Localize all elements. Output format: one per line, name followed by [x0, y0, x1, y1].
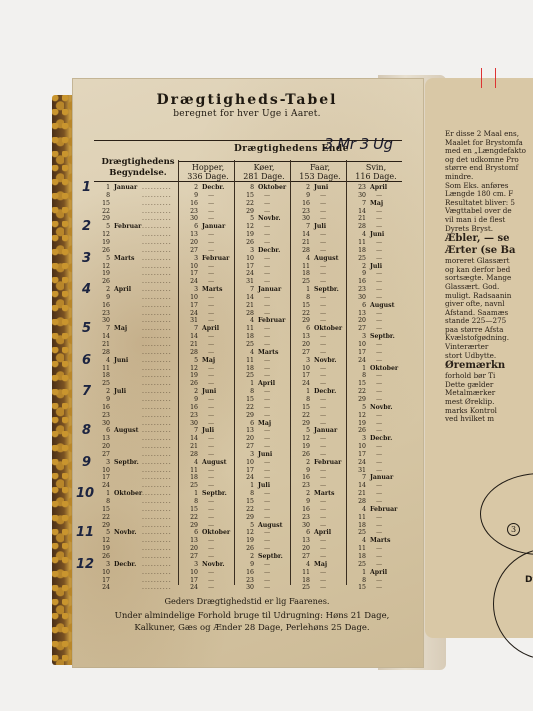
- cell-day: 24: [96, 584, 110, 591]
- ditto-mark: —: [376, 467, 383, 474]
- ditto-mark: —: [320, 372, 327, 379]
- cell-day: 13: [184, 537, 198, 544]
- ditto-mark: —: [208, 396, 215, 403]
- cell-day: 17: [352, 451, 366, 458]
- cell-day: 9: [240, 561, 254, 568]
- cell-day: 21: [352, 215, 366, 222]
- ditto-mark: —: [376, 522, 383, 529]
- header-start-label: Drægtighedens Begyndelse.: [98, 157, 178, 179]
- cell-month: Marts: [202, 286, 222, 293]
- cell-day: 26: [184, 380, 198, 387]
- ditto-mark: —: [320, 365, 327, 372]
- cell-day: 2: [184, 184, 198, 191]
- cell-day: 21: [240, 302, 254, 309]
- cell-day: 29: [240, 514, 254, 521]
- cell-month: April: [114, 286, 131, 293]
- ditto-mark: —: [264, 310, 271, 317]
- ditto-mark: —: [264, 372, 271, 379]
- cell-day: 10: [96, 467, 110, 474]
- ditto-mark: —: [264, 506, 271, 513]
- cell-day: 23: [96, 310, 110, 317]
- ditto-mark: —: [264, 231, 271, 238]
- cell-day: 12: [240, 529, 254, 536]
- cell-day: 18: [96, 372, 110, 379]
- text-line: ved hvilket m: [445, 415, 533, 424]
- cell-month: April: [314, 529, 331, 536]
- cell-day: 14: [184, 435, 198, 442]
- cell-day: 3: [184, 561, 198, 568]
- ditto-mark: —: [264, 537, 271, 544]
- cell-day: 20: [296, 341, 310, 348]
- cell-month: Oktober: [114, 490, 142, 497]
- right-page-text: Er disse 2 Maal ens,Maalet for Brystomfa…: [445, 130, 533, 424]
- cell-day: 14: [184, 333, 198, 340]
- cell-day: 6: [184, 529, 198, 536]
- ditto-mark: —: [208, 215, 215, 222]
- leader-dots: ..........: [142, 270, 172, 277]
- cell-day: 11: [296, 569, 310, 576]
- ditto-mark: —: [320, 349, 327, 356]
- cell-month: Septbr.: [370, 333, 395, 340]
- ditto-mark: —: [264, 357, 271, 364]
- footer-note-incubation: Under almindelige Forhold bruge til Udru…: [82, 610, 422, 634]
- leader-dots: ..........: [142, 435, 172, 442]
- ditto-mark: —: [264, 490, 271, 497]
- text-line: stort Udbytte.: [445, 352, 533, 361]
- cell-day: 13: [296, 333, 310, 340]
- cell-day: 30: [240, 584, 254, 591]
- cell-day: 28: [96, 349, 110, 356]
- section-heading: Æbler, — se: [445, 233, 533, 245]
- leader-dots: ..........: [142, 506, 172, 513]
- cell-day: 31: [240, 278, 254, 285]
- cell-month: Maj: [370, 200, 383, 207]
- cell-month: Juli: [114, 388, 126, 395]
- cell-day: 17: [184, 577, 198, 584]
- cell-day: 25: [240, 341, 254, 348]
- cell-day: 13: [296, 537, 310, 544]
- ditto-mark: —: [264, 474, 271, 481]
- cell-day: 5: [96, 529, 110, 536]
- ditto-mark: —: [376, 215, 383, 222]
- cell-day: 2: [352, 263, 366, 270]
- cell-day: 16: [96, 302, 110, 309]
- leader-dots: ..........: [142, 184, 172, 191]
- cell-day: 8: [96, 498, 110, 505]
- ditto-mark: —: [320, 420, 327, 427]
- cell-day: 8: [240, 184, 254, 191]
- cell-day: 1: [296, 286, 310, 293]
- cell-day: 11: [296, 263, 310, 270]
- cell-day: 2: [296, 459, 310, 466]
- cell-day: 3: [240, 247, 254, 254]
- cell-day: 11: [184, 467, 198, 474]
- cell-day: 16: [184, 200, 198, 207]
- cell-month: Septbr.: [258, 553, 283, 560]
- column-days: 116 Dage.: [350, 172, 402, 181]
- leader-dots: ..........: [142, 467, 172, 474]
- cell-day: 1: [96, 490, 110, 497]
- ditto-mark: —: [376, 514, 383, 521]
- cell-day: 22: [240, 200, 254, 207]
- cell-month: April: [370, 184, 387, 191]
- leader-dots: ..........: [142, 443, 172, 450]
- ditto-mark: —: [376, 380, 383, 387]
- leader-dots: ..........: [142, 545, 172, 552]
- column-animal: Køer,: [238, 163, 290, 172]
- ditto-mark: —: [320, 263, 327, 270]
- column-days: 153 Dage.: [294, 172, 346, 181]
- cell-day: 20: [96, 443, 110, 450]
- leader-dots: ..........: [142, 490, 172, 497]
- handwritten-month-number: 6: [82, 353, 91, 368]
- cell-day: 9: [296, 498, 310, 505]
- cell-day: 17: [296, 372, 310, 379]
- cell-day: 1: [352, 569, 366, 576]
- column-days: 281 Dage.: [238, 172, 290, 181]
- cell-day: 18: [352, 522, 366, 529]
- cell-month: Decbr.: [202, 184, 224, 191]
- ditto-mark: —: [264, 545, 271, 552]
- cell-day: 8: [296, 294, 310, 301]
- cell-day: 25: [352, 255, 366, 262]
- cell-day: 5: [352, 404, 366, 411]
- ditto-mark: —: [320, 404, 327, 411]
- cell-day: 3: [352, 435, 366, 442]
- ditto-mark: —: [264, 584, 271, 591]
- cell-day: 27: [352, 325, 366, 332]
- cell-day: 13: [240, 427, 254, 434]
- ditto-mark: —: [264, 223, 271, 230]
- cell-month: Januar: [314, 427, 337, 434]
- cell-day: 29: [240, 412, 254, 419]
- ditto-mark: —: [376, 239, 383, 246]
- cell-day: 12: [96, 231, 110, 238]
- cell-day: 8: [240, 388, 254, 395]
- cell-day: 10: [184, 569, 198, 576]
- cell-month: Juli: [370, 263, 382, 270]
- cell-day: 4: [240, 349, 254, 356]
- cell-day: 5: [184, 357, 198, 364]
- cell-day: 7: [184, 325, 198, 332]
- cell-day: 30: [296, 522, 310, 529]
- cell-day: 27: [184, 553, 198, 560]
- cell-day: 15: [240, 396, 254, 403]
- cell-day: 6: [352, 302, 366, 309]
- ditto-mark: —: [376, 553, 383, 560]
- leader-dots: ..........: [142, 325, 172, 332]
- cell-day: 15: [240, 498, 254, 505]
- ditto-mark: —: [320, 192, 327, 199]
- cell-day: 17: [240, 467, 254, 474]
- ditto-mark: —: [264, 514, 271, 521]
- cell-day: 20: [184, 545, 198, 552]
- cell-day: 2: [184, 388, 198, 395]
- cell-month: August: [202, 459, 226, 466]
- leader-dots: ..........: [142, 427, 172, 434]
- cell-day: 1: [240, 482, 254, 489]
- leader-dots: ..........: [142, 498, 172, 505]
- ditto-mark: —: [320, 584, 327, 591]
- leader-dots: ..........: [142, 302, 172, 309]
- ditto-mark: —: [208, 584, 215, 591]
- ditto-mark: —: [208, 420, 215, 427]
- cell-month: Februar: [314, 459, 341, 466]
- cell-day: 27: [240, 443, 254, 450]
- leader-dots: ..........: [142, 396, 172, 403]
- cell-month: Marts: [114, 255, 134, 262]
- ditto-mark: —: [264, 325, 271, 332]
- ditto-mark: —: [208, 263, 215, 270]
- footer-line: Under almindelige Forhold bruge til Udru…: [82, 610, 422, 622]
- ditto-mark: —: [376, 325, 383, 332]
- ditto-mark: —: [208, 365, 215, 372]
- leader-dots: ..........: [142, 420, 172, 427]
- ditto-mark: —: [264, 263, 271, 270]
- cell-day: 15: [184, 506, 198, 513]
- handwritten-month-number: 4: [82, 282, 91, 297]
- cell-day: 1: [240, 380, 254, 387]
- cell-day: 3: [184, 255, 198, 262]
- ditto-mark: —: [376, 459, 383, 466]
- handwritten-month-number: 9: [82, 455, 91, 470]
- ditto-mark: —: [376, 255, 383, 262]
- leader-dots: ..........: [142, 255, 172, 262]
- cell-day: 12: [352, 412, 366, 419]
- ditto-mark: —: [208, 435, 215, 442]
- ditto-mark: —: [208, 545, 215, 552]
- cell-day: 18: [184, 474, 198, 481]
- cell-day: 17: [96, 474, 110, 481]
- cell-month: Januar: [114, 184, 137, 191]
- cell-day: 30: [352, 294, 366, 301]
- ditto-mark: —: [264, 467, 271, 474]
- cell-day: 17: [184, 302, 198, 309]
- cell-day: 23: [352, 184, 366, 191]
- cell-month: Juli: [258, 482, 270, 489]
- leader-dots: ..........: [142, 317, 172, 324]
- ditto-mark: —: [208, 443, 215, 450]
- ditto-mark: —: [376, 529, 383, 536]
- cell-day: 29: [96, 522, 110, 529]
- cell-day: 2: [96, 388, 110, 395]
- cell-day: 19: [96, 545, 110, 552]
- ditto-mark: —: [208, 208, 215, 215]
- ditto-mark: —: [320, 278, 327, 285]
- cell-day: 9: [296, 192, 310, 199]
- leader-dots: ..........: [142, 514, 172, 521]
- cell-day: 29: [352, 396, 366, 403]
- cell-day: 9: [96, 396, 110, 403]
- cell-month: Novbr.: [202, 561, 225, 568]
- ditto-mark: —: [376, 208, 383, 215]
- ditto-mark: —: [264, 341, 271, 348]
- ditto-mark: —: [320, 467, 327, 474]
- cell-day: 9: [184, 396, 198, 403]
- cell-day: 25: [96, 380, 110, 387]
- figure-label: 3: [507, 523, 520, 536]
- column-header-koer: Køer, 281 Dage.: [238, 163, 290, 181]
- cell-day: 22: [96, 208, 110, 215]
- cell-day: 23: [184, 412, 198, 419]
- cell-day: 25: [352, 529, 366, 536]
- cell-day: 10: [352, 341, 366, 348]
- cell-day: 11: [352, 545, 366, 552]
- cell-month: Decbr.: [370, 435, 392, 442]
- ditto-mark: —: [208, 302, 215, 309]
- handwritten-month-number: 3: [82, 251, 91, 266]
- ditto-mark: —: [208, 506, 215, 513]
- cell-month: August: [314, 255, 338, 262]
- cell-day: 19: [240, 231, 254, 238]
- handwritten-note: 3 Mr 3 Ug: [324, 135, 393, 153]
- leader-dots: ..........: [142, 333, 172, 340]
- cell-day: 14: [352, 482, 366, 489]
- ditto-mark: —: [208, 569, 215, 576]
- cell-day: 11: [240, 325, 254, 332]
- column-days: 336 Dage.: [182, 172, 234, 181]
- leader-dots: ..........: [142, 553, 172, 560]
- cell-day: 22: [296, 310, 310, 317]
- cell-day: 21: [96, 341, 110, 348]
- cell-day: 19: [184, 372, 198, 379]
- cell-day: 25: [240, 372, 254, 379]
- ditto-mark: —: [376, 349, 383, 356]
- ditto-mark: —: [320, 474, 327, 481]
- ditto-mark: —: [320, 569, 327, 576]
- cell-day: 18: [352, 247, 366, 254]
- cell-day: 24: [96, 482, 110, 489]
- ditto-mark: —: [376, 270, 383, 277]
- handwritten-month-number: 1: [82, 180, 91, 195]
- cell-day: 3: [184, 286, 198, 293]
- cell-day: 15: [296, 404, 310, 411]
- cell-day: 6: [240, 420, 254, 427]
- cell-day: 24: [184, 310, 198, 317]
- cell-day: 18: [352, 553, 366, 560]
- cell-day: 29: [184, 522, 198, 529]
- ditto-mark: —: [376, 310, 383, 317]
- cell-day: 3: [96, 561, 110, 568]
- leader-dots: ..........: [142, 263, 172, 270]
- handwritten-month-number: 7: [82, 384, 91, 399]
- ditto-mark: —: [264, 427, 271, 434]
- ditto-mark: —: [208, 522, 215, 529]
- cell-day: 18: [240, 365, 254, 372]
- ditto-mark: —: [208, 239, 215, 246]
- cell-day: 15: [296, 302, 310, 309]
- cell-day: 28: [184, 451, 198, 458]
- leader-dots: ..........: [142, 380, 172, 387]
- cell-day: 4: [184, 459, 198, 466]
- cell-day: 2: [296, 184, 310, 191]
- column-header-faar: Faar, 153 Dage.: [294, 163, 346, 181]
- cell-day: 10: [296, 365, 310, 372]
- ditto-mark: —: [320, 341, 327, 348]
- cell-month: Juni: [114, 357, 128, 364]
- cell-day: 13: [184, 231, 198, 238]
- ear-diagram-oval: [480, 473, 533, 555]
- ditto-mark: —: [320, 270, 327, 277]
- page-title: Drægtigheds-Tabel: [82, 92, 412, 108]
- ditto-mark: —: [264, 294, 271, 301]
- red-margin-line: [481, 68, 482, 88]
- ditto-mark: —: [320, 514, 327, 521]
- cell-day: 13: [352, 310, 366, 317]
- cell-month: Juli: [202, 427, 214, 434]
- cell-month: Februar: [370, 506, 397, 513]
- ditto-mark: —: [264, 529, 271, 536]
- ditto-mark: —: [208, 349, 215, 356]
- leader-dots: ..........: [142, 561, 172, 568]
- leader-dots: ..........: [142, 388, 172, 395]
- ditto-mark: —: [264, 569, 271, 576]
- cell-day: 26: [296, 451, 310, 458]
- cell-day: 17: [352, 349, 366, 356]
- cell-day: 28: [240, 310, 254, 317]
- cell-day: 5: [240, 215, 254, 222]
- ditto-mark: —: [376, 192, 383, 199]
- cell-day: 23: [240, 577, 254, 584]
- cell-day: 6: [296, 529, 310, 536]
- handwritten-month-number: 8: [82, 423, 91, 438]
- column-animal: Svin,: [350, 163, 402, 172]
- cell-day: 12: [296, 435, 310, 442]
- ditto-mark: —: [376, 247, 383, 254]
- ditto-mark: —: [376, 482, 383, 489]
- leader-dots: ..........: [142, 577, 172, 584]
- column-header-svin: Svin, 116 Dage.: [350, 163, 402, 181]
- cell-day: 4: [352, 506, 366, 513]
- column-divider: [346, 160, 347, 585]
- cell-day: 4: [296, 561, 310, 568]
- ditto-mark: —: [208, 278, 215, 285]
- cell-month: Oktober: [202, 529, 230, 536]
- ditto-mark: —: [320, 545, 327, 552]
- cell-day: 11: [240, 357, 254, 364]
- cell-day: 7: [184, 427, 198, 434]
- cell-day: 15: [96, 200, 110, 207]
- cell-day: 23: [96, 412, 110, 419]
- cell-day: 4: [240, 317, 254, 324]
- leader-dots: ..........: [142, 537, 172, 544]
- cell-day: 14: [352, 208, 366, 215]
- cell-month: Juni: [202, 388, 216, 395]
- cell-day: 25: [184, 482, 198, 489]
- cell-day: 16: [296, 506, 310, 513]
- cell-day: 30: [296, 215, 310, 222]
- ditto-mark: —: [264, 443, 271, 450]
- ditto-mark: —: [320, 412, 327, 419]
- ditto-mark: —: [320, 302, 327, 309]
- cell-month: Marts: [370, 537, 390, 544]
- cell-day: 15: [352, 380, 366, 387]
- leader-dots: ..........: [142, 404, 172, 411]
- leader-dots: ..........: [142, 294, 172, 301]
- ditto-mark: —: [264, 388, 271, 395]
- ditto-mark: —: [376, 317, 383, 324]
- cell-day: 19: [296, 443, 310, 450]
- leader-dots: ..........: [142, 192, 172, 199]
- cell-month: Maj: [114, 325, 127, 332]
- cell-day: 29: [240, 208, 254, 215]
- cell-day: 12: [96, 263, 110, 270]
- cell-day: 10: [352, 443, 366, 450]
- cell-day: 31: [352, 467, 366, 474]
- cell-day: 22: [352, 388, 366, 395]
- ditto-mark: —: [376, 545, 383, 552]
- leader-dots: ..........: [142, 247, 172, 254]
